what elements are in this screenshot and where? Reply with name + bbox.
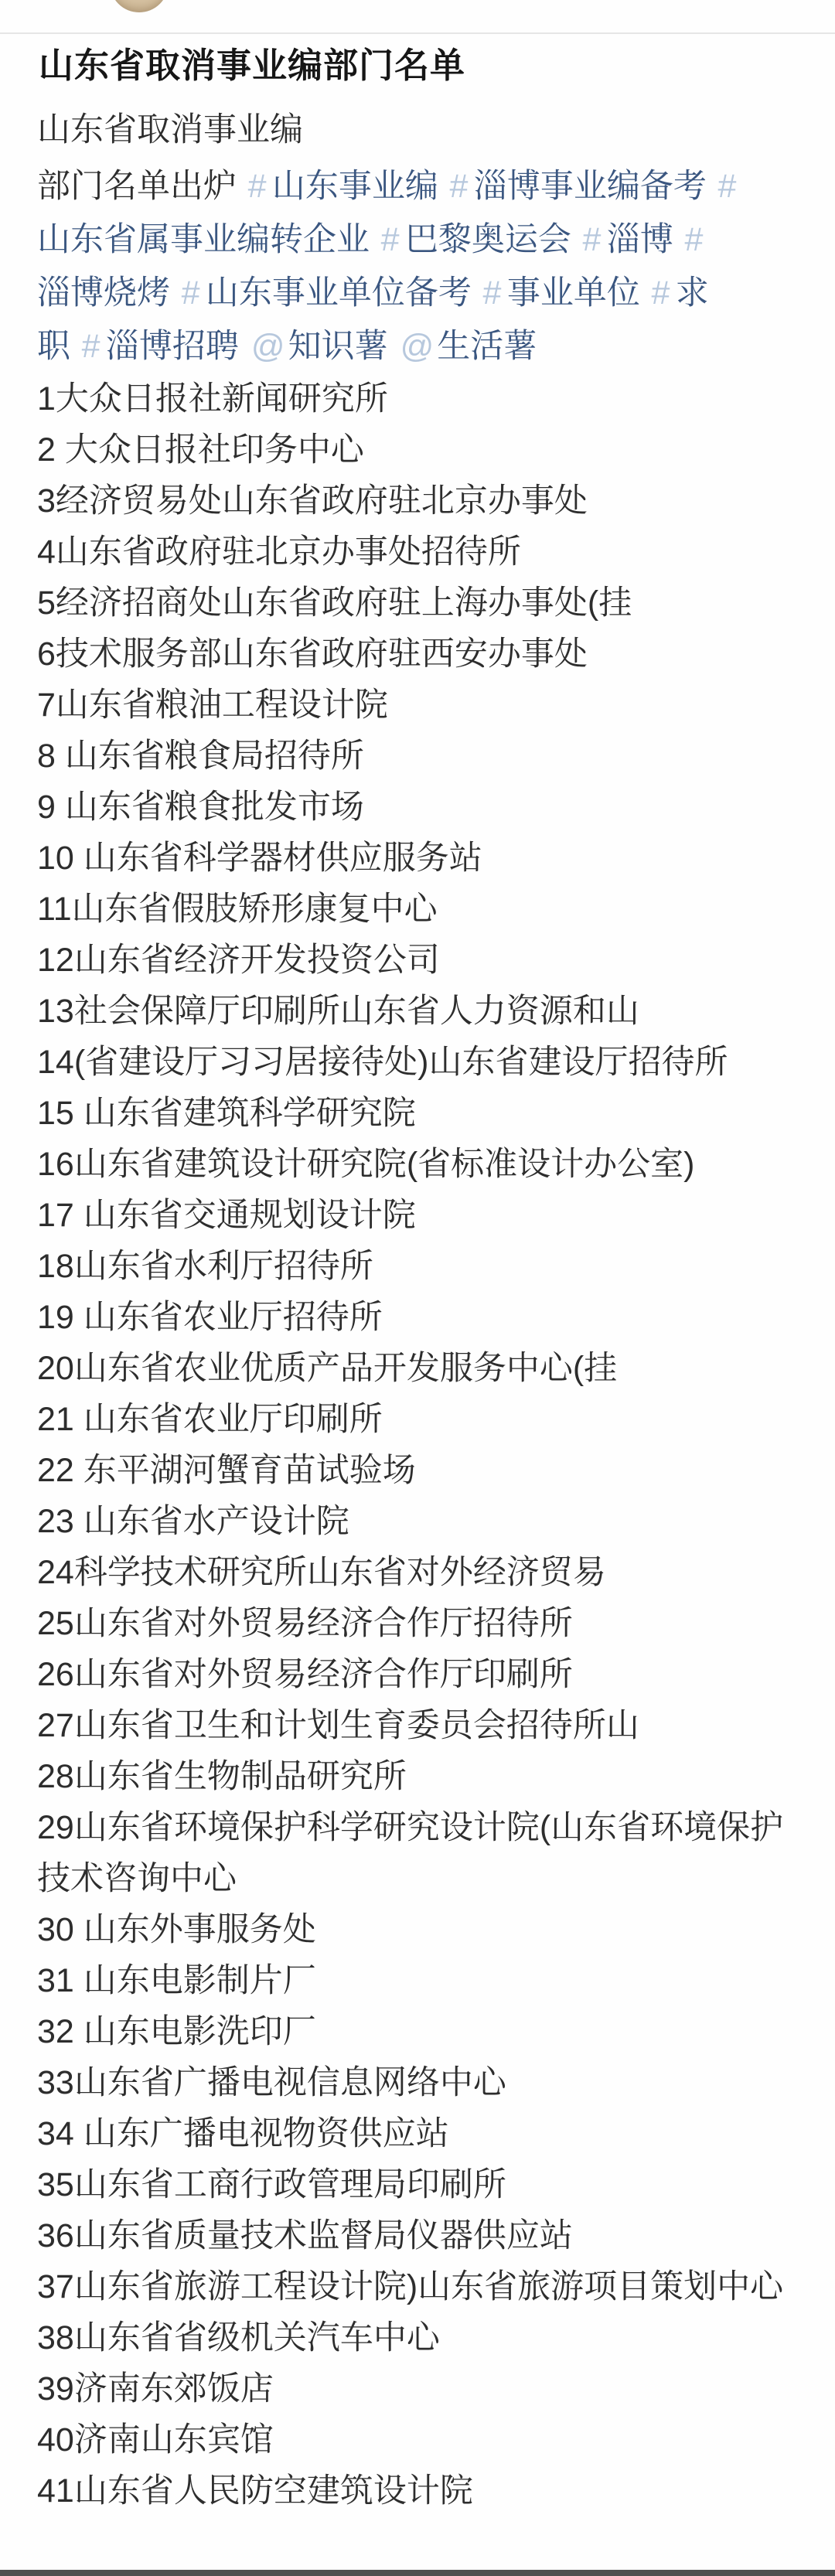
hash-icon[interactable]: # — [482, 274, 501, 312]
list-item: 14(省建设厅习习居接待处)山东省建设厅招待所 — [37, 1037, 803, 1088]
bottom-bar — [0, 2570, 835, 2576]
at-icon[interactable]: @ — [251, 328, 285, 365]
topic-tag[interactable]: 淄博招聘 — [106, 328, 239, 365]
tag-line: 山东省属事业编转企业#巴黎奥运会#淄博# — [37, 213, 803, 267]
post-intro: 山东省取消事业编 — [37, 104, 803, 155]
avatar[interactable] — [110, 0, 169, 12]
list-item: 37山东省旅游工程设计院)山东省旅游项目策划中心 — [37, 2261, 803, 2312]
mention-link[interactable]: 知识薯 — [288, 328, 388, 365]
list-item: 9 山东省粮食批发市场 — [37, 782, 803, 833]
hash-icon[interactable]: # — [717, 168, 736, 205]
list-item: 7山东省粮油工程设计院 — [37, 680, 803, 731]
list-item: 40济南山东宾馆 — [37, 2414, 803, 2465]
topic-tag[interactable]: 淄博 — [607, 221, 673, 258]
hash-icon[interactable]: # — [181, 274, 199, 312]
topic-tag[interactable]: 事业单位 — [507, 274, 640, 312]
list-item: 26山东省对外贸易经济合作厅印刷所 — [37, 1649, 803, 1700]
hash-icon[interactable]: # — [247, 168, 266, 205]
hash-icon[interactable]: # — [582, 221, 601, 258]
tag-line: 淄博烧烤#山东事业单位备考#事业单位#求 — [37, 267, 803, 320]
list-item: 39济南东郊饭店 — [37, 2363, 803, 2414]
list-item: 34 山东广播电视物资供应站 — [37, 2108, 803, 2159]
list-item: 2 大众日报社印务中心 — [37, 424, 803, 475]
list-item: 41山东省人民防空建筑设计院 — [37, 2465, 803, 2516]
list-item: 10 山东省科学器材供应服务站 — [37, 833, 803, 884]
tag-line: 职#淄博招聘@知识薯@生活薯 — [37, 320, 803, 373]
hash-icon[interactable]: # — [449, 168, 468, 205]
list-item: 28山东省生物制品研究所 — [37, 1751, 803, 1802]
list-item: 6技术服务部山东省政府驻西安办事处 — [37, 629, 803, 680]
list-item: 38山东省省级机关汽车中心 — [37, 2312, 803, 2363]
list-item: 11山东省假肢矫形康复中心 — [37, 884, 803, 935]
hash-icon[interactable]: # — [684, 221, 703, 258]
list-item: 20山东省农业优质产品开发服务中心(挂 — [37, 1343, 803, 1394]
hash-icon[interactable]: # — [380, 221, 399, 258]
list-item: 15 山东省建筑科学研究院 — [37, 1088, 803, 1139]
list-item: 24科学技术研究所山东省对外经济贸易 — [37, 1547, 803, 1598]
department-list: 1大众日报社新闻研究所2 大众日报社印务中心3经济贸易处山东省政府驻北京办事处4… — [37, 373, 803, 2516]
post-page: 山东省取消事业编部门名单 山东省取消事业编 部门名单出炉#山东事业编#淄博事业编… — [0, 0, 835, 2576]
tag-line: 部门名单出炉#山东事业编#淄博事业编备考# — [37, 160, 803, 213]
topic-tag[interactable]: 淄博事业编备考 — [474, 168, 707, 205]
list-item: 5经济招商处山东省政府驻上海办事处(挂 — [37, 578, 803, 629]
plain-text: 部门名单出炉 — [37, 168, 237, 205]
list-item: 13社会保障厅印刷所山东省人力资源和山 — [37, 986, 803, 1037]
topic-tag[interactable]: 巴黎奥运会 — [405, 221, 571, 258]
list-item: 4山东省政府驻北京办事处招待所 — [37, 526, 803, 578]
topic-tag[interactable]: 求 — [676, 274, 709, 312]
topic-tag[interactable]: 淄博烧烤 — [37, 274, 170, 312]
list-item: 29山东省环境保护科学研究设计院(山东省环境保护技术咨询中心 — [37, 1802, 803, 1904]
post-header — [0, 0, 835, 34]
topic-tag[interactable]: 山东省属事业编转企业 — [37, 221, 370, 258]
topic-tag[interactable]: 山东事业编 — [272, 168, 438, 205]
list-item: 3经济贸易处山东省政府驻北京办事处 — [37, 475, 803, 526]
tag-paragraph: 部门名单出炉#山东事业编#淄博事业编备考#山东省属事业编转企业#巴黎奥运会#淄博… — [37, 160, 803, 373]
list-item: 36山东省质量技术监督局仪器供应站 — [37, 2210, 803, 2261]
mention-link[interactable]: 生活薯 — [437, 328, 537, 365]
hash-icon[interactable]: # — [651, 274, 670, 312]
hash-icon[interactable]: # — [81, 328, 100, 365]
list-item: 32 山东电影洗印厂 — [37, 2006, 803, 2057]
list-item: 19 山东省农业厅招待所 — [37, 1292, 803, 1343]
topic-tag[interactable]: 山东事业单位备考 — [206, 274, 472, 312]
list-item: 33山东省广播电视信息网络中心 — [37, 2057, 803, 2108]
post-content: 山东省取消事业编部门名单 山东省取消事业编 部门名单出炉#山东事业编#淄博事业编… — [0, 43, 835, 2516]
post-title: 山东省取消事业编部门名单 — [39, 43, 803, 88]
list-item: 18山东省水利厅招待所 — [37, 1241, 803, 1292]
topic-tag[interactable]: 职 — [37, 328, 70, 365]
list-item: 1大众日报社新闻研究所 — [37, 373, 803, 424]
at-icon[interactable]: @ — [400, 328, 435, 365]
list-item: 12山东省经济开发投资公司 — [37, 935, 803, 986]
list-item: 25山东省对外贸易经济合作厅招待所 — [37, 1598, 803, 1649]
list-item: 30 山东外事服务处 — [37, 1904, 803, 1955]
list-item: 8 山东省粮食局招待所 — [37, 731, 803, 782]
list-item: 27山东省卫生和计划生育委员会招待所山 — [37, 1700, 803, 1751]
list-item: 17 山东省交通规划设计院 — [37, 1190, 803, 1241]
list-item: 23 山东省水产设计院 — [37, 1496, 803, 1547]
list-item: 35山东省工商行政管理局印刷所 — [37, 2159, 803, 2210]
list-item: 16山东省建筑设计研究院(省标准设计办公室) — [37, 1139, 803, 1190]
list-item: 22 东平湖河蟹育苗试验场 — [37, 1445, 803, 1496]
list-item: 21 山东省农业厅印刷所 — [37, 1394, 803, 1445]
list-item: 31 山东电影制片厂 — [37, 1955, 803, 2006]
